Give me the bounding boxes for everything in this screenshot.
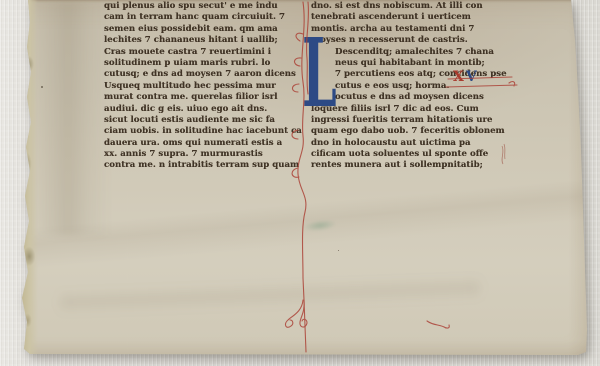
text-line: ingressi fueritis terram hitationis ure <box>311 115 513 126</box>
fold-shadow <box>34 0 110 235</box>
text-line: tenebrati ascenderunt i uerticem <box>311 12 513 23</box>
text-line: qui plenus alio spu secut' e me indu <box>104 1 298 12</box>
text-line: neus qui habitabant in montib; <box>311 58 513 69</box>
green-pencil-smudge <box>302 218 337 233</box>
text-line: cutusq; e dns ad moysen 7 aaron dicens <box>104 69 298 80</box>
text-line: cutus e eos usq; horma. <box>311 81 513 92</box>
text-line: semen eius possidebit eam. qm ama <box>104 24 298 35</box>
text-column-right: dno. si est dns nobiscum. At illi con te… <box>311 1 513 172</box>
text-line: Usqueq multitudo hec pessima mur <box>104 81 298 92</box>
text-line: cificam uota soluentes ul sponte offe <box>311 149 513 160</box>
text-line: lechites 7 chananeus hitant i uallib; <box>104 35 298 46</box>
text-line-initial-word: ocutus e dns ad moysen dicens <box>311 92 513 103</box>
manuscript-photo: qui plenus alio spu secut' e me indu cam… <box>0 0 600 366</box>
text-line: solitudinem p uiam maris rubri. lo <box>104 58 298 69</box>
ink-speck <box>41 86 43 88</box>
text-line: sicut locuti estis audiente me sic fa <box>104 115 298 126</box>
text-line: quam ego dabo uob. 7 feceritis oblonem <box>311 126 513 137</box>
text-line: moyses n recesserunt de castris. <box>311 35 513 46</box>
text-line: Descenditq; amalechites 7 chana <box>311 47 513 58</box>
crease-shadow <box>60 277 481 314</box>
text-line: 7 percutiens eos atq; concidens pse <box>311 69 513 80</box>
text-line: audiui. dic g eis. uiuo ego ait dns. <box>104 104 298 115</box>
text-line: contra me. n intrabitis terram sup quam <box>104 160 298 171</box>
text-line: dno. si est dns nobiscum. At illi con <box>311 1 513 12</box>
parchment-leaf: qui plenus alio spu secut' e me indu cam… <box>0 0 600 366</box>
lower-margin-scribble <box>427 321 449 328</box>
text-line: loquere filiis isrl 7 dic ad eos. Cum <box>311 104 513 115</box>
text-line: dauera ura. oms qui numerati estis a <box>104 138 298 149</box>
text-line: dno in holocaustu aut uictima pa <box>311 138 513 149</box>
text-line: Cras mouete castra 7 reuertimini i <box>104 47 298 58</box>
leaf-shadow-wrap: qui plenus alio spu secut' e me indu cam… <box>0 0 600 366</box>
chapter-numeral-x: X <box>453 69 466 85</box>
text-line: ciam uobis. in solitudine hac iacebunt c… <box>104 126 298 137</box>
text-line: murat contra me. querelas filior isrl <box>104 92 298 103</box>
chapter-numeral: XV <box>453 70 479 84</box>
flourish-double-line <box>307 2 309 94</box>
text-line: xx. annis 7 supra. 7 murmurastis <box>104 149 298 160</box>
ink-speck <box>338 250 339 251</box>
text-column-left: qui plenus alio spu secut' e me indu cam… <box>104 1 298 172</box>
text-line: rentes munera aut i sollempnitatib; <box>311 160 513 171</box>
chapter-numeral-v: V <box>466 69 479 85</box>
text-line: cam in terram hanc quam circuiuit. 7 <box>104 12 298 23</box>
ink-speck <box>124 8 126 10</box>
text-line: montis. archa au testamenti dni 7 <box>311 24 513 35</box>
